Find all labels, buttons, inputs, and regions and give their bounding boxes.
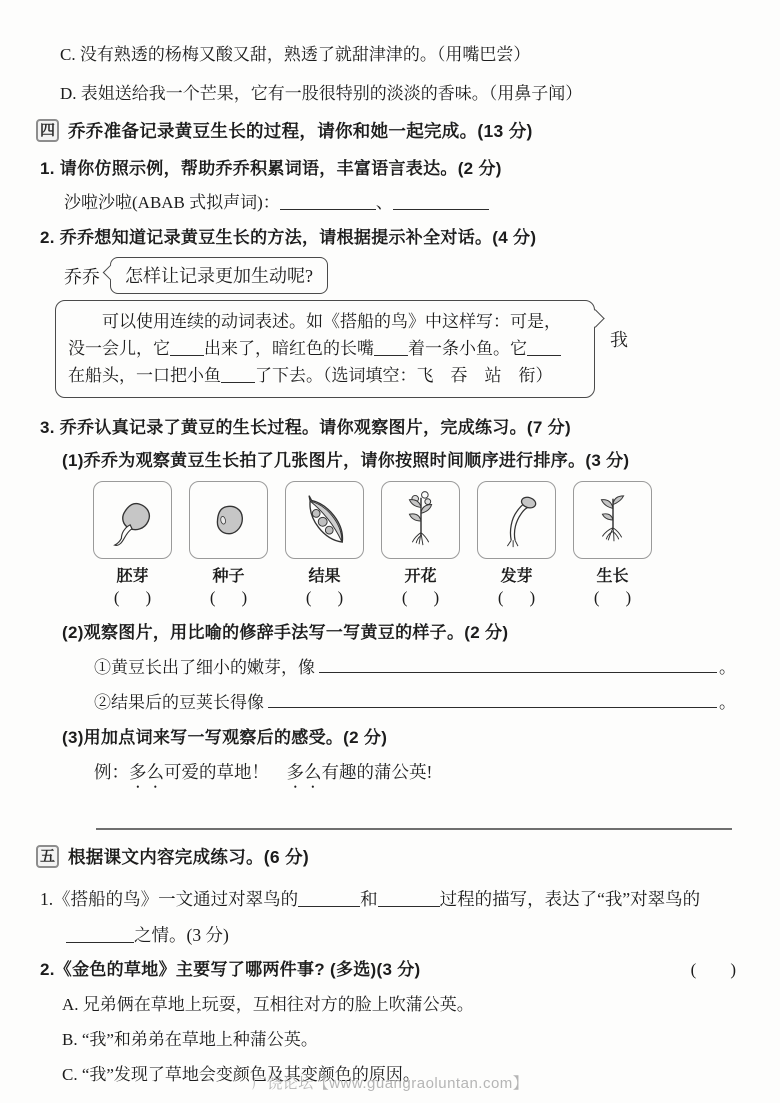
s5-q2-stem: 2.《金色的草地》主要写了哪两件事? (多选)(3 分) — [40, 959, 421, 981]
emphasized-word-2: 多么 — [287, 762, 322, 782]
growing-seedling-icon — [584, 490, 642, 550]
question-speech-bubble: 怎样让记录更加生动呢? — [110, 257, 328, 294]
example-sentence: 例：多么可爱的草地！ 多么有趣的蒲公英! — [94, 761, 736, 792]
s5-q1-blank-1 — [298, 892, 360, 907]
card-pod: 结果 () — [285, 481, 364, 608]
option-c-line: C. 没有熟透的杨梅又酸又甜，熟透了就甜津津的。（用嘴巴尝） — [60, 44, 736, 66]
verb-blank-3 — [527, 341, 561, 356]
q3-stem: 3. 乔乔认真记录了黄豆的生长过程。请你观察图片，完成练习。(7 分) — [40, 417, 736, 439]
q3-sub1-stem: (1)乔乔为观察黄豆生长拍了几张图片，请你按照时间顺序进行排序。(3 分) — [62, 450, 736, 472]
q1-blank-2 — [393, 195, 489, 210]
verb-blank-4 — [221, 368, 255, 383]
bean-embryo-icon — [104, 490, 162, 550]
section4-heading: 四 乔乔准备记录黄豆生长的过程，请你和她一起完成。(13 分) — [36, 118, 736, 143]
s5-q2-option-a: A. 兄弟俩在草地上玩耍，互相往对方的脸上吹蒲公英。 — [62, 994, 736, 1016]
simile-fill-line-2: ②结果后的豆荚长得像。 — [94, 692, 736, 714]
growth-cards-row: 胚芽 () 种子 () — [93, 481, 736, 608]
watermark-footer: 广饶论坛【www.guangraoluntan.com】 — [0, 1072, 780, 1093]
section4-number-badge: 四 — [36, 119, 59, 142]
verb-blank-1 — [170, 341, 204, 356]
s5-q1-blank-3 — [66, 928, 134, 943]
dialog-answer-wrap: 可以使用连续的动词表述。如《搭船的鸟》中这样写：可是， 没一会儿，它出来了，暗红… — [55, 300, 595, 398]
order-answer-slot: () — [285, 588, 364, 608]
answer-speech-bubble: 可以使用连续的动词表述。如《搭船的鸟》中这样写：可是， 没一会儿，它出来了，暗红… — [55, 300, 595, 398]
sprouting-seed-icon — [488, 490, 546, 550]
section5-heading: 五 根据课文内容完成练习。(6 分) — [36, 844, 736, 869]
simile-fill-line-1: ①黄豆长出了细小的嫩芽，像。 — [94, 657, 736, 679]
q1-blank-1 — [280, 195, 376, 210]
card-sprouting: 发芽 () — [477, 481, 556, 608]
card-seed: 种子 () — [189, 481, 268, 608]
bean-pod-icon — [296, 490, 354, 550]
q1-answer-line: 沙啦沙啦(ABAB 式拟声词)：、 — [64, 192, 736, 214]
order-answer-slot: () — [477, 588, 556, 608]
section4-title: 乔乔准备记录黄豆生长的过程，请你和她一起完成。(13 分) — [68, 118, 533, 143]
s5-q2-row: 2.《金色的草地》主要写了哪两件事? (多选)(3 分) () — [40, 959, 736, 981]
q3-sub3-stem: (3)用加点词来写一写观察后的感受。(2 分) — [62, 727, 736, 749]
option-d-line: D. 表姐送给我一个芒果，它有一股很特别的淡淡的香味。（用鼻子闻） — [60, 83, 736, 105]
bean-seed-icon — [200, 490, 258, 550]
s5-q2-answer-slot: () — [691, 960, 736, 980]
order-answer-slot: () — [381, 588, 460, 608]
verb-blank-2 — [374, 341, 408, 356]
section5-number-badge: 五 — [36, 845, 59, 868]
answer-line-2: 没一会儿，它出来了，暗红色的长嘴着一条小鱼。它 — [68, 335, 582, 362]
speaker-qiaoqiao: 乔乔 — [64, 263, 100, 289]
order-answer-slot: () — [573, 588, 652, 608]
q1-separator: 、 — [376, 193, 393, 212]
q1-prompt: 沙啦沙啦(ABAB 式拟声词)： — [64, 193, 280, 212]
card-growing: 生长 () — [573, 481, 652, 608]
q1-stem: 1. 请你仿照示例，帮助乔乔积累词语，丰富语言表达。(2 分) — [40, 158, 736, 180]
section5-title: 根据课文内容完成练习。(6 分) — [68, 844, 309, 869]
card-embryo: 胚芽 () — [93, 481, 172, 608]
order-answer-slot: () — [189, 588, 268, 608]
s5-q1-text: 1.《搭船的鸟》一文通过对翠鸟的和过程的描写，表达了“我”对翠鸟的之情。(3 分… — [40, 881, 740, 953]
order-answer-slot: () — [93, 588, 172, 608]
emphasized-word-1: 多么 — [129, 762, 164, 782]
flowering-plant-icon — [392, 490, 450, 550]
s5-q1-blank-2 — [378, 892, 440, 907]
answer-line-1: 可以使用连续的动词表述。如《搭船的鸟》中这样写：可是， — [68, 308, 582, 335]
card-flowering: 开花 () — [381, 481, 460, 608]
q3-sub2-stem: (2)观察图片，用比喻的修辞手法写一写黄豆的样子。(2 分) — [62, 622, 736, 644]
q2-stem: 2. 乔乔想知道记录黄豆生长的方法，请根据提示补全对话。(4 分) — [40, 227, 736, 249]
fill-blank-1 — [319, 658, 717, 673]
section-divider — [96, 828, 732, 830]
test-paper-page: C. 没有熟透的杨梅又酸又甜，熟透了就甜津津的。（用嘴巴尝） D. 表姐送给我一… — [0, 0, 780, 1103]
s5-q2-option-b: B. “我”和弟弟在草地上种蒲公英。 — [62, 1029, 736, 1051]
speaker-me: 我 — [610, 326, 628, 352]
dialog-question-row: 乔乔 怎样让记录更加生动呢? — [64, 257, 736, 294]
fill-blank-2 — [268, 693, 717, 708]
answer-line-3: 在船头，一口把小鱼了下去。（选词填空：飞 吞 站 衔） — [68, 362, 582, 389]
